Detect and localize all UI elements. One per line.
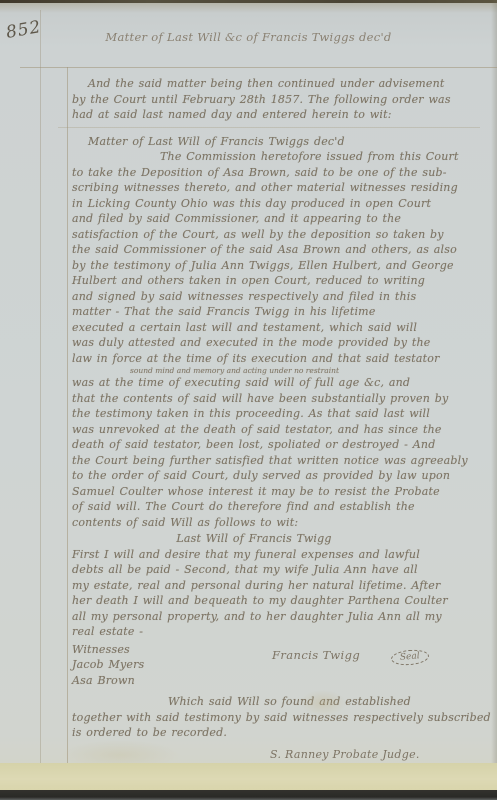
manuscript-line: scribing witnesses thereto, and other ma… <box>72 180 476 196</box>
manuscript-body: And the said matter being then continued… <box>72 76 476 761</box>
paper-stain <box>300 690 346 716</box>
witnesses-label: Witnesses <box>72 642 272 658</box>
manuscript-line: was duly attested and executed in the mo… <box>72 335 476 351</box>
manuscript-line: of said will. The Court do therefore fin… <box>72 499 476 515</box>
manuscript-line: Last Will of Francis Twigg <box>72 531 476 547</box>
manuscript-line: death of said testator, been lost, spoli… <box>72 437 476 453</box>
manuscript-line: all my personal property, and to her dau… <box>72 609 476 625</box>
manuscript-line: the Court being further satisfied that w… <box>72 453 476 469</box>
manuscript-line: executed a certain last will and testame… <box>72 320 476 336</box>
manuscript-line: real estate - <box>72 624 476 640</box>
manuscript-line: was at the time of executing said will o… <box>72 375 476 391</box>
manuscript-line: and filed by said Commissioner, and it a… <box>72 211 476 227</box>
manuscript-line: Matter of Last Will of Francis Twiggs de… <box>72 134 476 150</box>
manuscript-line: debts all be paid - Second, that my wife… <box>72 562 476 578</box>
page-header-title: Matter of Last Will &c of Francis Twiggs… <box>0 30 497 44</box>
witness-name: Jacob Myers <box>72 657 272 673</box>
manuscript-line: the testimony taken in this proceeding. … <box>72 406 476 422</box>
witness-signature-row: Witnesses Jacob Myers Asa Brown Francis … <box>72 642 476 689</box>
manuscript-line: Which said Will so found and established <box>72 694 476 710</box>
manuscript-line: her death I will and bequeath to my daug… <box>72 593 476 609</box>
manuscript-line: contents of said Will as follows to wit: <box>72 515 476 531</box>
manuscript-line: is ordered to be recorded. <box>72 725 476 741</box>
seal-mark: Seal <box>391 648 430 666</box>
manuscript-line: satisfaction of the Court, as well by th… <box>72 227 476 243</box>
scan-bottom-edge <box>0 790 497 800</box>
manuscript-line: and signed by said witnesses respectivel… <box>72 289 476 305</box>
manuscript-page: 852 Matter of Last Will &c of Francis Tw… <box>0 0 497 800</box>
manuscript-line: by the Court until February 28th 1857. T… <box>72 92 476 108</box>
page-left-margin-line <box>40 10 41 765</box>
witness-name: Asa Brown <box>72 673 272 689</box>
signature-column: Francis Twigg Seal <box>272 642 476 689</box>
manuscript-line: the said Commissioner of the said Asa Br… <box>72 242 476 258</box>
manuscript-line: law in force at the time of its executio… <box>72 351 476 367</box>
page-bottom-band <box>0 763 497 790</box>
manuscript-line: by the testimony of Julia Ann Twiggs, El… <box>72 258 476 274</box>
manuscript-line: Hulbert and others taken in open Court, … <box>72 273 476 289</box>
scan-top-shading <box>0 3 497 13</box>
manuscript-line: First I will and desire that my funeral … <box>72 547 476 563</box>
witness-column: Witnesses Jacob Myers Asa Brown <box>72 642 272 689</box>
manuscript-line: together with said testimony by said wit… <box>72 710 476 726</box>
manuscript-line: my estate, real and personal during her … <box>72 578 476 594</box>
scan-right-shading <box>491 0 497 800</box>
manuscript-line: Samuel Coulter whose interest it may be … <box>72 484 476 500</box>
manuscript-line: The Commission heretofore issued from th… <box>72 149 476 165</box>
testator-signature: Francis Twigg <box>272 648 360 662</box>
margin-rule-line <box>67 67 68 763</box>
manuscript-line: that the contents of said will have been… <box>72 391 476 407</box>
manuscript-line: to the order of said Court, duly served … <box>72 468 476 484</box>
closing-text: Which said Will so found and established… <box>72 694 476 741</box>
manuscript-line: And the said matter being then continued… <box>72 76 476 92</box>
manuscript-line: matter - That the said Francis Twigg in … <box>72 304 476 320</box>
order-text: And the said matter being then continued… <box>72 76 476 640</box>
manuscript-line: in Licking County Ohio was this day prod… <box>72 196 476 212</box>
manuscript-line: had at said last named day and entered h… <box>72 107 476 123</box>
manuscript-line: was unrevoked at the death of said testa… <box>72 422 476 438</box>
header-rule-line <box>20 67 497 68</box>
manuscript-line: to take the Deposition of Asa Brown, sai… <box>72 165 476 181</box>
manuscript-line: sound mind and memory and acting under n… <box>72 366 476 375</box>
